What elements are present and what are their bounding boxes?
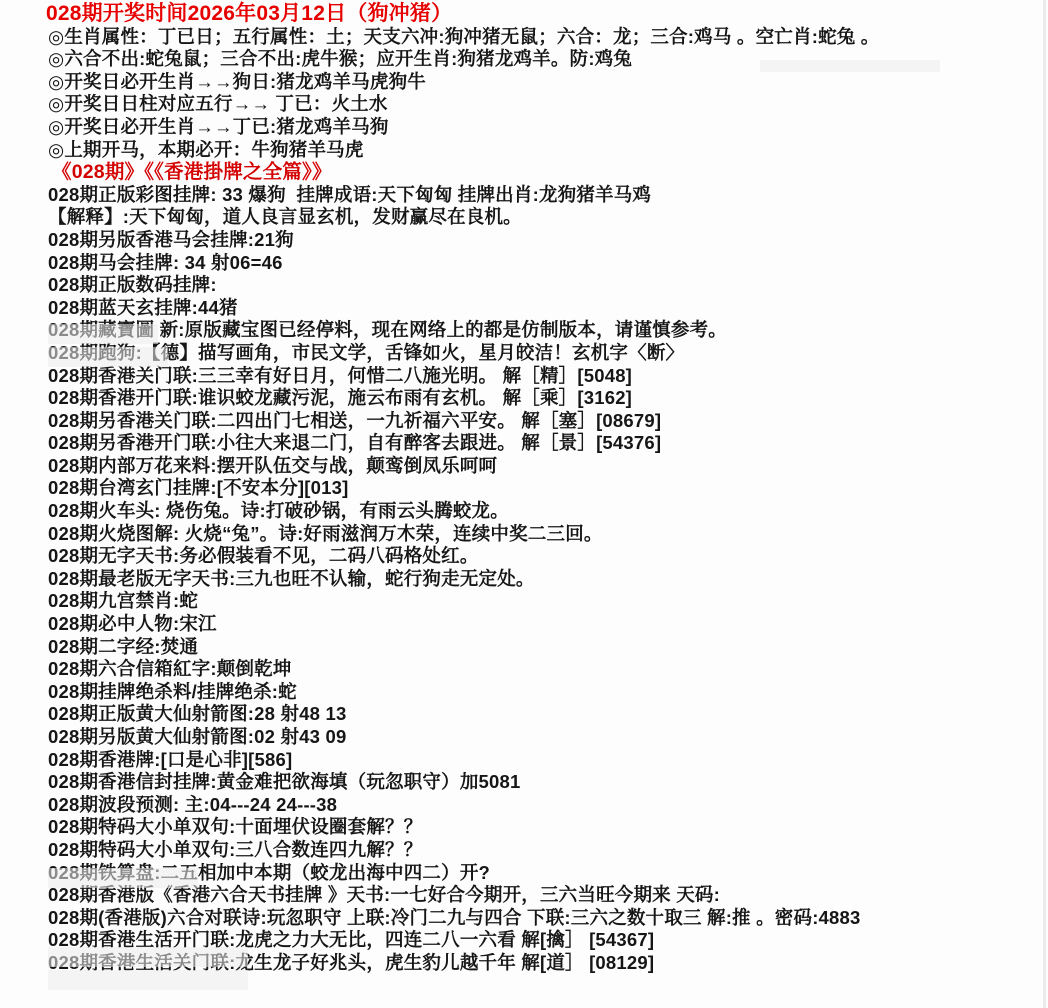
line-must-hit-figure: 028期必中人物:宋江 [0,613,1048,636]
line-liuhe-couplet-poem: 028期(香港版)六合对联诗:玩忽职守 上联:冷门二九与四合 下联:三六之数十取… [0,907,1048,930]
line-last-period-horse: ◎上期开马，本期必开：牛狗猪羊马虎 [0,139,1048,162]
line-must-open-zodiac-dingyi: ◎开奖日必开生肖→→丁已:猪龙鸡羊马狗 [0,116,1048,139]
line-oldest-wuzi-tianshu: 028期最老版无字天书:三九也旺不认输，蛇行狗走无定处。 [0,568,1048,591]
line-alt-hk-jockey-board: 028期另版香港马会挂牌:21狗 [0,229,1048,252]
line-hk-life-close-door-couplet: 028期香港生活关门联:龙生龙子好兆头，虎生豹儿越千年 解[道］ [08129] [0,952,1048,975]
line-wuzi-tianshu: 028期无字天书:务必假装看不见，二码八码格处红。 [0,545,1048,568]
line-alt-hk-close-door-couplet: 028期另香港关门联:二四出门七相送，一九祈福六平安。 解［塞］[08679] [0,410,1048,433]
line-paogou: 028期跑狗:【德】描写画角，市民文学，舌锋如火，星月皎洁！玄机字〈断〉 [0,342,1048,365]
section-heading-guapai: 《028期》《《香港掛牌之全篇》》 [0,161,1048,184]
line-alt-hk-open-door-couplet: 028期另香港开门联:小往大来退二门，自有醉客去跟进。 解［景］[54376] [0,432,1048,455]
line-hk-liuhe-tianshu-board: 028期香港版《香港六合天书挂牌 》天书:一七好合今期开，三六当旺今期来 天码: [0,884,1048,907]
line-zodiac-attributes: ◎生肖属性：丁已日；五行属性：土；天支六冲:狗冲猪无鼠；六合：龙；三合:鸡马 。… [0,26,1048,49]
line-taiwan-xuanmen-board: 028期台湾玄门挂牌:[不安本分][013] [0,477,1048,500]
scan-edge [1043,0,1046,1008]
line-official-digital-board: 028期正版数码挂牌: [0,274,1048,297]
draw-time-title: 028期开奖时间2026年03月12日（狗冲猪） [0,3,1048,26]
line-official-color-chart: 028期正版彩图挂牌: 33 爆狗 挂牌成语:天下匈匈 挂牌出肖:龙狗猪羊马鸡 [0,184,1048,207]
line-hk-life-open-door-couplet: 028期香港生活开门联:龙虎之力大无比，四连二八一六看 解[擒］ [54367] [0,929,1048,952]
line-jockey-board: 028期马会挂牌: 34 射06=46 [0,252,1048,275]
line-mailbox-red-words: 028期六合信箱紅字:颠倒乾坤 [0,658,1048,681]
line-liuhe-exclusions: ◎六合不出:蛇兔鼠；三合不出:虎牛猴；应开生肖:狗猪龙鸡羊。防:鸡兔 [0,48,1048,71]
line-tiesuanpan: 028期铁算盘:二五相加中本期（蛟龙出海中四二）开? [0,862,1048,885]
line-official-wongtaisin-archery: 028期正版黄大仙射箭图:28 射48 13 [0,703,1048,726]
line-hk-card: 028期香港牌:[口是心非][586] [0,749,1048,772]
line-huoshao-tujie: 028期火烧图解: 火烧“兔”。诗:好雨滋润万木荣，连续中奖二三回。 [0,523,1048,546]
line-special-code-phrase-1: 028期特码大小单双句:十面埋伏设圈套解？？ [0,816,1048,839]
line-wave-prediction: 028期波段预测: 主:04---24 24---38 [0,794,1048,817]
line-alt-wongtaisin-archery: 028期另版黄大仙射箭图:02 射43 09 [0,726,1048,749]
line-must-open-zodiac-dog: ◎开奖日必开生肖→→狗日:猪龙鸡羊马虎狗牛 [0,71,1048,94]
line-day-pillar-elements: ◎开奖日日柱对应五行→→ 丁已：火土水 [0,93,1048,116]
line-board-kill: 028期挂牌绝杀料/挂牌绝杀:蛇 [0,681,1048,704]
line-lantianxuan-board: 028期蓝天玄挂牌:44猪 [0,297,1048,320]
lottery-tips-page: 028期开奖时间2026年03月12日（狗冲猪） ◎生肖属性：丁已日；五行属性：… [0,0,1048,1008]
line-special-code-phrase-2: 028期特码大小单双句:三八合数连四九解？？ [0,839,1048,862]
line-internal-wanhua: 028期内部万花来料:摆开队伍交与战，颠鸾倒凤乐呵呵 [0,455,1048,478]
line-erzijing: 028期二字经:焚通 [0,636,1048,659]
line-hk-close-door-couplet: 028期香港关门联:三三幸有好日月，何惜二八施光明。 解［精］[5048] [0,365,1048,388]
line-hk-open-door-couplet: 028期香港开门联:谁识蛟龙藏污泥，施云布雨有玄机。 解［乘］[3162] [0,387,1048,410]
line-explanation: 【解释】:天下匈匈，道人良言显玄机，发财赢尽在良机。 [0,206,1048,229]
line-jiugong-forbidden-zodiac: 028期九宫禁肖:蛇 [0,590,1048,613]
line-hk-envelope-board: 028期香港信封挂牌:黄金难把欲海填（玩忽职守）加5081 [0,771,1048,794]
line-treasure-map-notice: 028期藏寶圖 新:原版藏宝图已经停料，现在网络上的都是仿制版本，请谨慎参考。 [0,319,1048,342]
line-huochetou: 028期火车头: 烧伤兔。诗:打破砂锅，有雨云头腾蛟龙。 [0,500,1048,523]
